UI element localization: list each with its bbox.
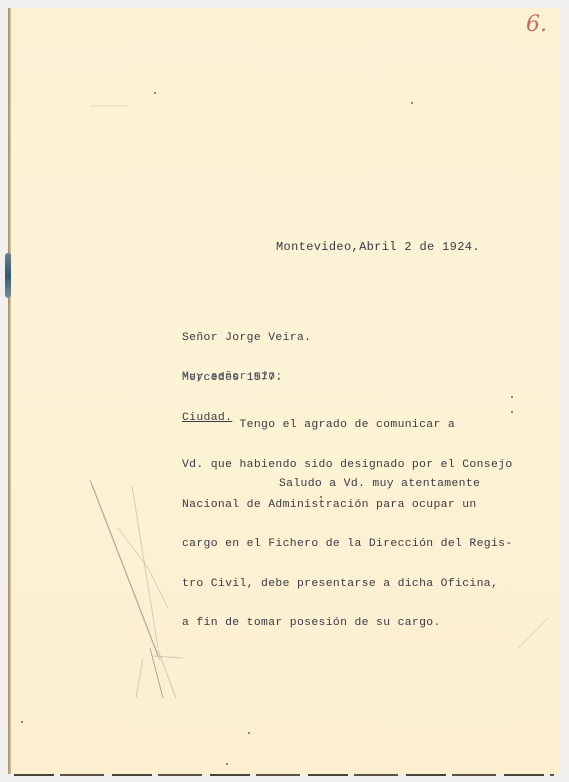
ink-speck [226,763,228,765]
closing-line: Saludo a Vd. muy atentamente [279,478,480,491]
body-line: Vd. que habiendo sido designado por el C… [182,459,513,472]
body-line: tro Civil, debe presentarse a dicha Ofic… [182,578,513,591]
ink-speck [154,92,156,94]
ink-speck [21,721,23,723]
handwritten-page-number: 6. [526,12,547,37]
body-line: cargo en el Fichero de la Dirección del … [182,538,513,551]
paper-left-edge [8,8,11,774]
letter-body: Tengo el agrado de comunicar a Vd. que h… [182,393,513,644]
salutation: Muy señor mío: [182,371,283,384]
body-line: Tengo el agrado de comunicar a [182,419,513,432]
body-line: a fin de tomar posesión de su cargo. [182,617,513,630]
ink-speck [411,102,413,104]
date-line: Montevideo,Abril 2 de 1924. [276,241,480,254]
recipient-name: Señor Jorge Veira. [182,332,311,345]
binding-tab [5,253,11,298]
ink-speck [248,732,250,734]
body-line: Nacional de Administración para ocupar u… [182,499,513,512]
paper-bottom-edge [14,774,554,776]
